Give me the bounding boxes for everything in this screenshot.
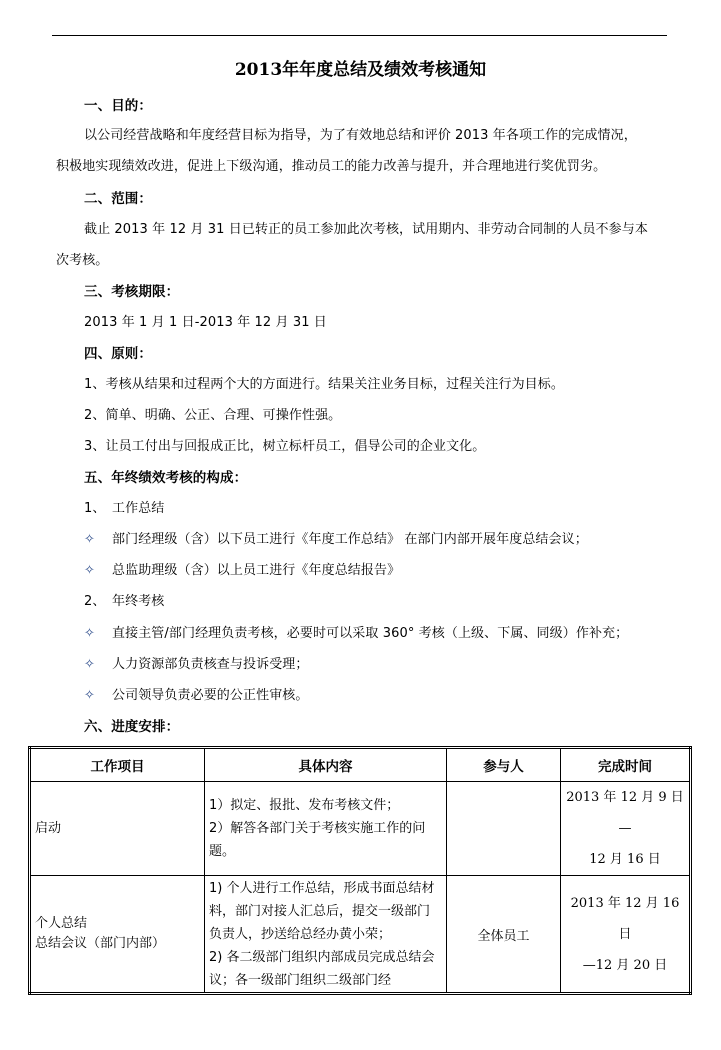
- column-header-time: 完成时间: [561, 748, 691, 782]
- diamond-bullet-icon: ✧: [84, 561, 112, 581]
- bullet-item: ✧总监助理级（含）以上员工进行《年度总结报告》: [84, 561, 400, 581]
- column-header-item: 工作项目: [30, 748, 205, 782]
- principle-item: 3、让员工付出与回报成正比，树立标杆员工，倡导公司的企业文化。: [84, 437, 485, 457]
- table-row: 个人总结 总结会议（部门内部） 1) 个人进行工作总结，形成书面总结材料，部门对…: [30, 876, 691, 994]
- bullet-text: 部门经理级（含）以下员工进行《年度工作总结》 在部门内部开展年度总结会议；: [112, 532, 588, 547]
- bullet-item: ✧直接主管/部门经理负责考核，必要时可以采取 360° 考核（上级、下属、同级）…: [84, 624, 628, 644]
- section-heading-composition: 五、年终绩效考核的构成：: [84, 468, 247, 488]
- paragraph-line: 次考核。: [56, 251, 108, 271]
- bullet-item: ✧公司领导负责必要的公正性审核。: [84, 686, 309, 706]
- principle-item: 1、考核从结果和过程两个大的方面进行。结果关注业务目标，过程关注行为目标。: [84, 375, 564, 395]
- cell-item: 启动: [30, 782, 205, 876]
- cell-participants: 全体员工: [447, 876, 561, 994]
- diamond-bullet-icon: ✧: [84, 686, 112, 706]
- cell-time: 2013 年 12 月 16 日 —12 月 20 日: [561, 876, 691, 994]
- diamond-bullet-icon: ✧: [84, 530, 112, 550]
- paragraph-line: 积极地实现绩效改进，促进上下级沟通，推动员工的能力改善与提升，并合理地进行奖优罚…: [56, 157, 606, 177]
- bullet-text: 直接主管/部门经理负责考核，必要时可以采取 360° 考核（上级、下属、同级）作…: [112, 626, 628, 641]
- sub-group-number: 1、: [84, 499, 112, 519]
- bullet-text: 人力资源部负责核查与投诉受理；: [112, 657, 309, 672]
- table-row: 启动 1）拟定、报批、发布考核文件； 2）解答各部门关于考核实施工作的问题。 2…: [30, 782, 691, 876]
- column-header-content: 具体内容: [205, 748, 447, 782]
- section-heading-scope: 二、范围：: [84, 189, 152, 209]
- bullet-item: ✧部门经理级（含）以下员工进行《年度工作总结》 在部门内部开展年度总结会议；: [84, 530, 588, 550]
- column-header-participants: 参与人: [447, 748, 561, 782]
- sub-group-number: 2、: [84, 592, 112, 612]
- paragraph-line: 2013 年 1 月 1 日-2013 年 12 月 31 日: [84, 313, 327, 333]
- cell-time: 2013 年 12 月 9 日— 12 月 16 日: [561, 782, 691, 876]
- schedule-table: 工作项目 具体内容 参与人 完成时间 启动 1）拟定、报批、发布考核文件； 2）…: [28, 746, 692, 995]
- diamond-bullet-icon: ✧: [84, 624, 112, 644]
- paragraph-line: 以公司经营战略和年度经营目标为指导，为了有效地总结和评价 2013 年各项工作的…: [84, 126, 637, 146]
- section-heading-principles: 四、原则：: [84, 344, 152, 364]
- sub-group-label: 年终考核: [112, 594, 164, 609]
- header-rule: [52, 35, 667, 36]
- sub-group-heading: 2、年终考核: [84, 592, 164, 612]
- bullet-item: ✧人力资源部负责核查与投诉受理；: [84, 655, 309, 675]
- bullet-text: 总监助理级（含）以上员工进行《年度总结报告》: [112, 563, 400, 578]
- cell-content: 1) 个人进行工作总结，形成书面总结材料，部门对接人汇总后，提交一级部门负责人，…: [205, 876, 447, 994]
- sub-group-label: 工作总结: [112, 501, 164, 516]
- diamond-bullet-icon: ✧: [84, 655, 112, 675]
- section-heading-period: 三、考核期限：: [84, 282, 179, 302]
- paragraph-line: 截止 2013 年 12 月 31 日已转正的员工参加此次考核，试用期内、非劳动…: [84, 220, 648, 240]
- section-heading-schedule: 六、进度安排：: [84, 717, 179, 737]
- cell-item: 个人总结 总结会议（部门内部）: [30, 876, 205, 994]
- table-header-row: 工作项目 具体内容 参与人 完成时间: [30, 748, 691, 782]
- sub-group-heading: 1、工作总结: [84, 499, 164, 519]
- principle-item: 2、简单、明确、公正、合理、可操作性强。: [84, 406, 341, 426]
- cell-participants: [447, 782, 561, 876]
- bullet-text: 公司领导负责必要的公正性审核。: [112, 688, 309, 703]
- section-heading-purpose: 一、目的：: [84, 96, 152, 116]
- cell-content: 1）拟定、报批、发布考核文件； 2）解答各部门关于考核实施工作的问题。: [205, 782, 447, 876]
- document-title: 2013年年度总结及绩效考核通知: [0, 58, 721, 82]
